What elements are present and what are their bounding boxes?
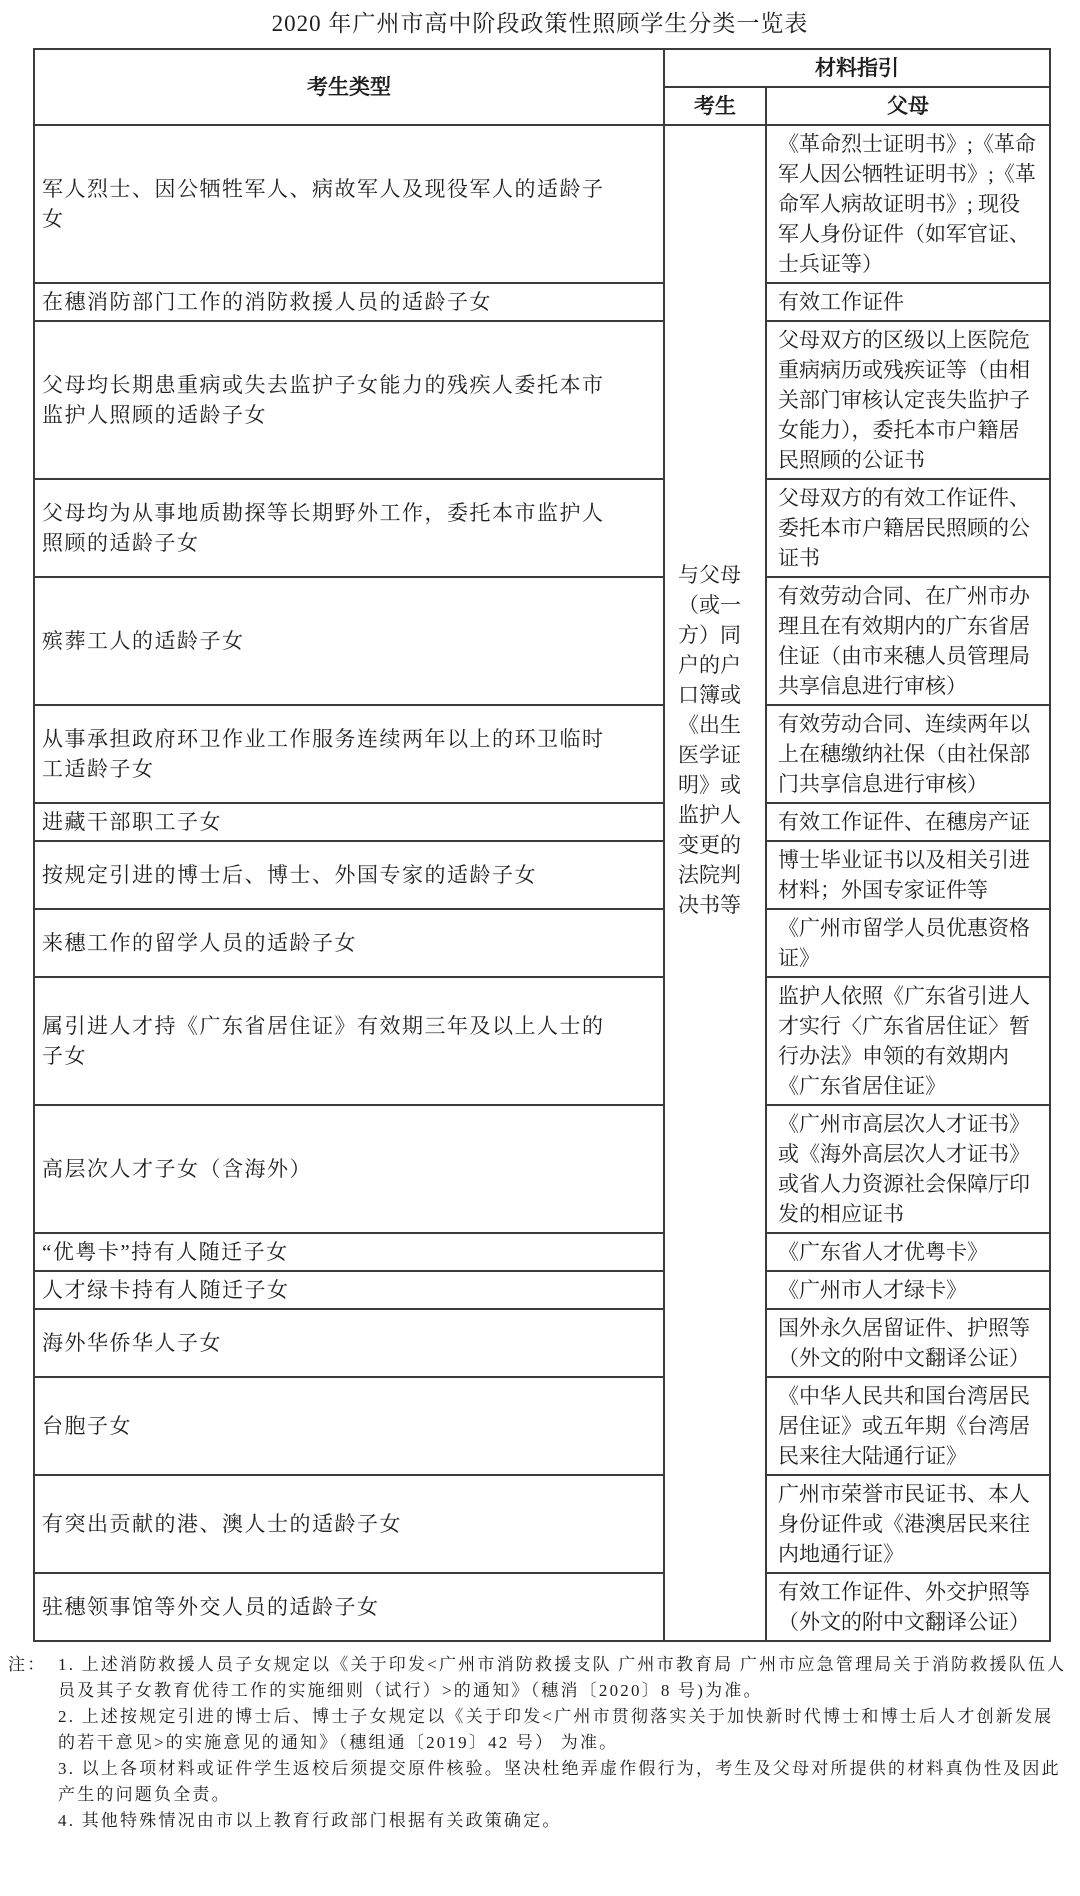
parents-doc-cell: 《广州市人才绿卡》 <box>766 1271 1050 1309</box>
candidate-type-cell: 驻穗领事馆等外交人员的适龄子女 <box>34 1573 664 1641</box>
table-row: 在穗消防部门工作的消防救援人员的适龄子女有效工作证件 <box>34 283 1050 321</box>
parents-doc-cell: 《广东省人才优粤卡》 <box>766 1233 1050 1271</box>
parents-doc-cell: 《革命烈士证明书》;《革命军人因公牺牲证明书》;《革命军人病故证明书》; 现役军… <box>766 125 1050 283</box>
header-candidate: 考生 <box>664 87 766 125</box>
candidate-type-cell: 从事承担政府环卫作业工作服务连续两年以上的环卫临时工适龄子女 <box>34 705 664 803</box>
table-row: 属引进人才持《广东省居住证》有效期三年及以上人士的子女监护人依照《广东省引进人才… <box>34 977 1050 1105</box>
header-row-1: 考生类型 材料指引 <box>34 49 1050 87</box>
candidate-type-cell: 高层次人才子女（含海外） <box>34 1105 664 1233</box>
table-row: 从事承担政府环卫作业工作服务连续两年以上的环卫临时工适龄子女有效劳动合同、连续两… <box>34 705 1050 803</box>
header-parents: 父母 <box>766 87 1050 125</box>
parents-doc-cell: 有效工作证件、外交护照等（外文的附中文翻译公证） <box>766 1573 1050 1641</box>
table-row: 父母均为从事地质勘探等长期野外工作，委托本市监护人照顾的适龄子女父母双方的有效工… <box>34 479 1050 577</box>
table-row: “优粤卡”持有人随迁子女《广东省人才优粤卡》 <box>34 1233 1050 1271</box>
parents-doc-cell: 广州市荣誉市民证书、本人身份证件或《港澳居民来往内地通行证》 <box>766 1475 1050 1573</box>
candidate-type-cell: 按规定引进的博士后、博士、外国专家的适龄子女 <box>34 841 664 909</box>
table-body: 军人烈士、因公牺牲军人、病故军人及现役军人的适龄子女与父母（或一方）同户的户口簿… <box>34 125 1050 1641</box>
parents-doc-cell: 国外永久居留证件、护照等（外文的附中文翻译公证） <box>766 1309 1050 1377</box>
parents-doc-cell: 有效工作证件 <box>766 283 1050 321</box>
table-row: 进藏干部职工子女有效工作证件、在穗房产证 <box>34 803 1050 841</box>
parents-doc-cell: 父母双方的区级以上医院危重病病历或残疾证等（由相关部门审核认定丧失监护子女能力）… <box>766 321 1050 479</box>
page-title: 2020 年广州市高中阶段政策性照顾学生分类一览表 <box>0 8 1080 40</box>
table-row: 有突出贡献的港、澳人士的适龄子女广州市荣誉市民证书、本人身份证件或《港澳居民来往… <box>34 1475 1050 1573</box>
table-row: 来穗工作的留学人员的适龄子女《广州市留学人员优惠资格证》 <box>34 909 1050 977</box>
parents-doc-cell: 监护人依照《广东省引进人才实行〈广东省居住证〉暂行办法》申领的有效期内《广东省居… <box>766 977 1050 1105</box>
candidate-doc-cell: 与父母（或一方）同户的户口簿或《出生医学证明》或监护人变更的法院判决书等 <box>664 125 766 1641</box>
parents-doc-cell: 《广州市留学人员优惠资格证》 <box>766 909 1050 977</box>
table-row: 按规定引进的博士后、博士、外国专家的适龄子女博士毕业证书以及相关引进材料；外国专… <box>34 841 1050 909</box>
table-row: 殡葬工人的适龄子女有效劳动合同、在广州市办理且在有效期内的广东省居住证（由市来穗… <box>34 577 1050 705</box>
table-row: 父母均长期患重病或失去监护子女能力的残疾人委托本市监护人照顾的适龄子女父母双方的… <box>34 321 1050 479</box>
table-row: 军人烈士、因公牺牲军人、病故军人及现役军人的适龄子女与父母（或一方）同户的户口簿… <box>34 125 1050 283</box>
table-row: 海外华侨华人子女国外永久居留证件、护照等（外文的附中文翻译公证） <box>34 1309 1050 1377</box>
candidate-type-cell: 父母均长期患重病或失去监护子女能力的残疾人委托本市监护人照顾的适龄子女 <box>34 321 664 479</box>
note-item: 3. 以上各项材料或证件学生返校后须提交原件核验。坚决杜绝弄虚作假行为，考生及父… <box>58 1756 1068 1808</box>
parents-doc-cell: 《广州市高层次人才证书》或《海外高层次人才证书》或省人力资源社会保障厅印发的相应… <box>766 1105 1050 1233</box>
parents-doc-cell: 《中华人民共和国台湾居民居住证》或五年期《台湾居民来往大陆通行证》 <box>766 1377 1050 1475</box>
notes-list: 1. 上述消防救援人员子女规定以《关于印发<广州市消防救援支队 广州市教育局 广… <box>58 1652 1068 1834</box>
notes-label: 注： <box>8 1652 46 1678</box>
note-item: 4. 其他特殊情况由市以上教育行政部门根据有关政策确定。 <box>58 1808 1068 1834</box>
table-row: 台胞子女《中华人民共和国台湾居民居住证》或五年期《台湾居民来往大陆通行证》 <box>34 1377 1050 1475</box>
candidate-type-cell: 来穗工作的留学人员的适龄子女 <box>34 909 664 977</box>
candidate-type-cell: 军人烈士、因公牺牲军人、病故军人及现役军人的适龄子女 <box>34 125 664 283</box>
candidate-type-cell: 父母均为从事地质勘探等长期野外工作，委托本市监护人照顾的适龄子女 <box>34 479 664 577</box>
table-row: 人才绿卡持有人随迁子女《广州市人才绿卡》 <box>34 1271 1050 1309</box>
notes-section: 注： 1. 上述消防救援人员子女规定以《关于印发<广州市消防救援支队 广州市教育… <box>8 1652 1068 1834</box>
policy-table: 考生类型 材料指引 考生 父母 军人烈士、因公牺牲军人、病故军人及现役军人的适龄… <box>33 48 1051 1642</box>
header-candidate-type: 考生类型 <box>34 49 664 125</box>
header-material-guide: 材料指引 <box>664 49 1050 87</box>
candidate-type-cell: “优粤卡”持有人随迁子女 <box>34 1233 664 1271</box>
candidate-type-cell: 殡葬工人的适龄子女 <box>34 577 664 705</box>
candidate-type-cell: 在穗消防部门工作的消防救援人员的适龄子女 <box>34 283 664 321</box>
candidate-type-cell: 进藏干部职工子女 <box>34 803 664 841</box>
note-item: 2. 上述按规定引进的博士后、博士子女规定以《关于印发<广州市贯彻落实关于加快新… <box>58 1704 1068 1756</box>
parents-doc-cell: 有效劳动合同、在广州市办理且在有效期内的广东省居住证（由市来穗人员管理局共享信息… <box>766 577 1050 705</box>
table-header: 考生类型 材料指引 考生 父母 <box>34 49 1050 125</box>
parents-doc-cell: 有效劳动合同、连续两年以上在穗缴纳社保（由社保部门共享信息进行审核） <box>766 705 1050 803</box>
candidate-type-cell: 人才绿卡持有人随迁子女 <box>34 1271 664 1309</box>
candidate-type-cell: 台胞子女 <box>34 1377 664 1475</box>
parents-doc-cell: 博士毕业证书以及相关引进材料；外国专家证件等 <box>766 841 1050 909</box>
note-item: 1. 上述消防救援人员子女规定以《关于印发<广州市消防救援支队 广州市教育局 广… <box>58 1652 1068 1704</box>
candidate-type-cell: 海外华侨华人子女 <box>34 1309 664 1377</box>
table-row: 驻穗领事馆等外交人员的适龄子女有效工作证件、外交护照等（外文的附中文翻译公证） <box>34 1573 1050 1641</box>
table-row: 高层次人才子女（含海外）《广州市高层次人才证书》或《海外高层次人才证书》或省人力… <box>34 1105 1050 1233</box>
candidate-type-cell: 有突出贡献的港、澳人士的适龄子女 <box>34 1475 664 1573</box>
document-page: 2020 年广州市高中阶段政策性照顾学生分类一览表 考生类型 材料指引 考生 父… <box>0 0 1080 1896</box>
parents-doc-cell: 父母双方的有效工作证件、委托本市户籍居民照顾的公证书 <box>766 479 1050 577</box>
candidate-type-cell: 属引进人才持《广东省居住证》有效期三年及以上人士的子女 <box>34 977 664 1105</box>
parents-doc-cell: 有效工作证件、在穗房产证 <box>766 803 1050 841</box>
